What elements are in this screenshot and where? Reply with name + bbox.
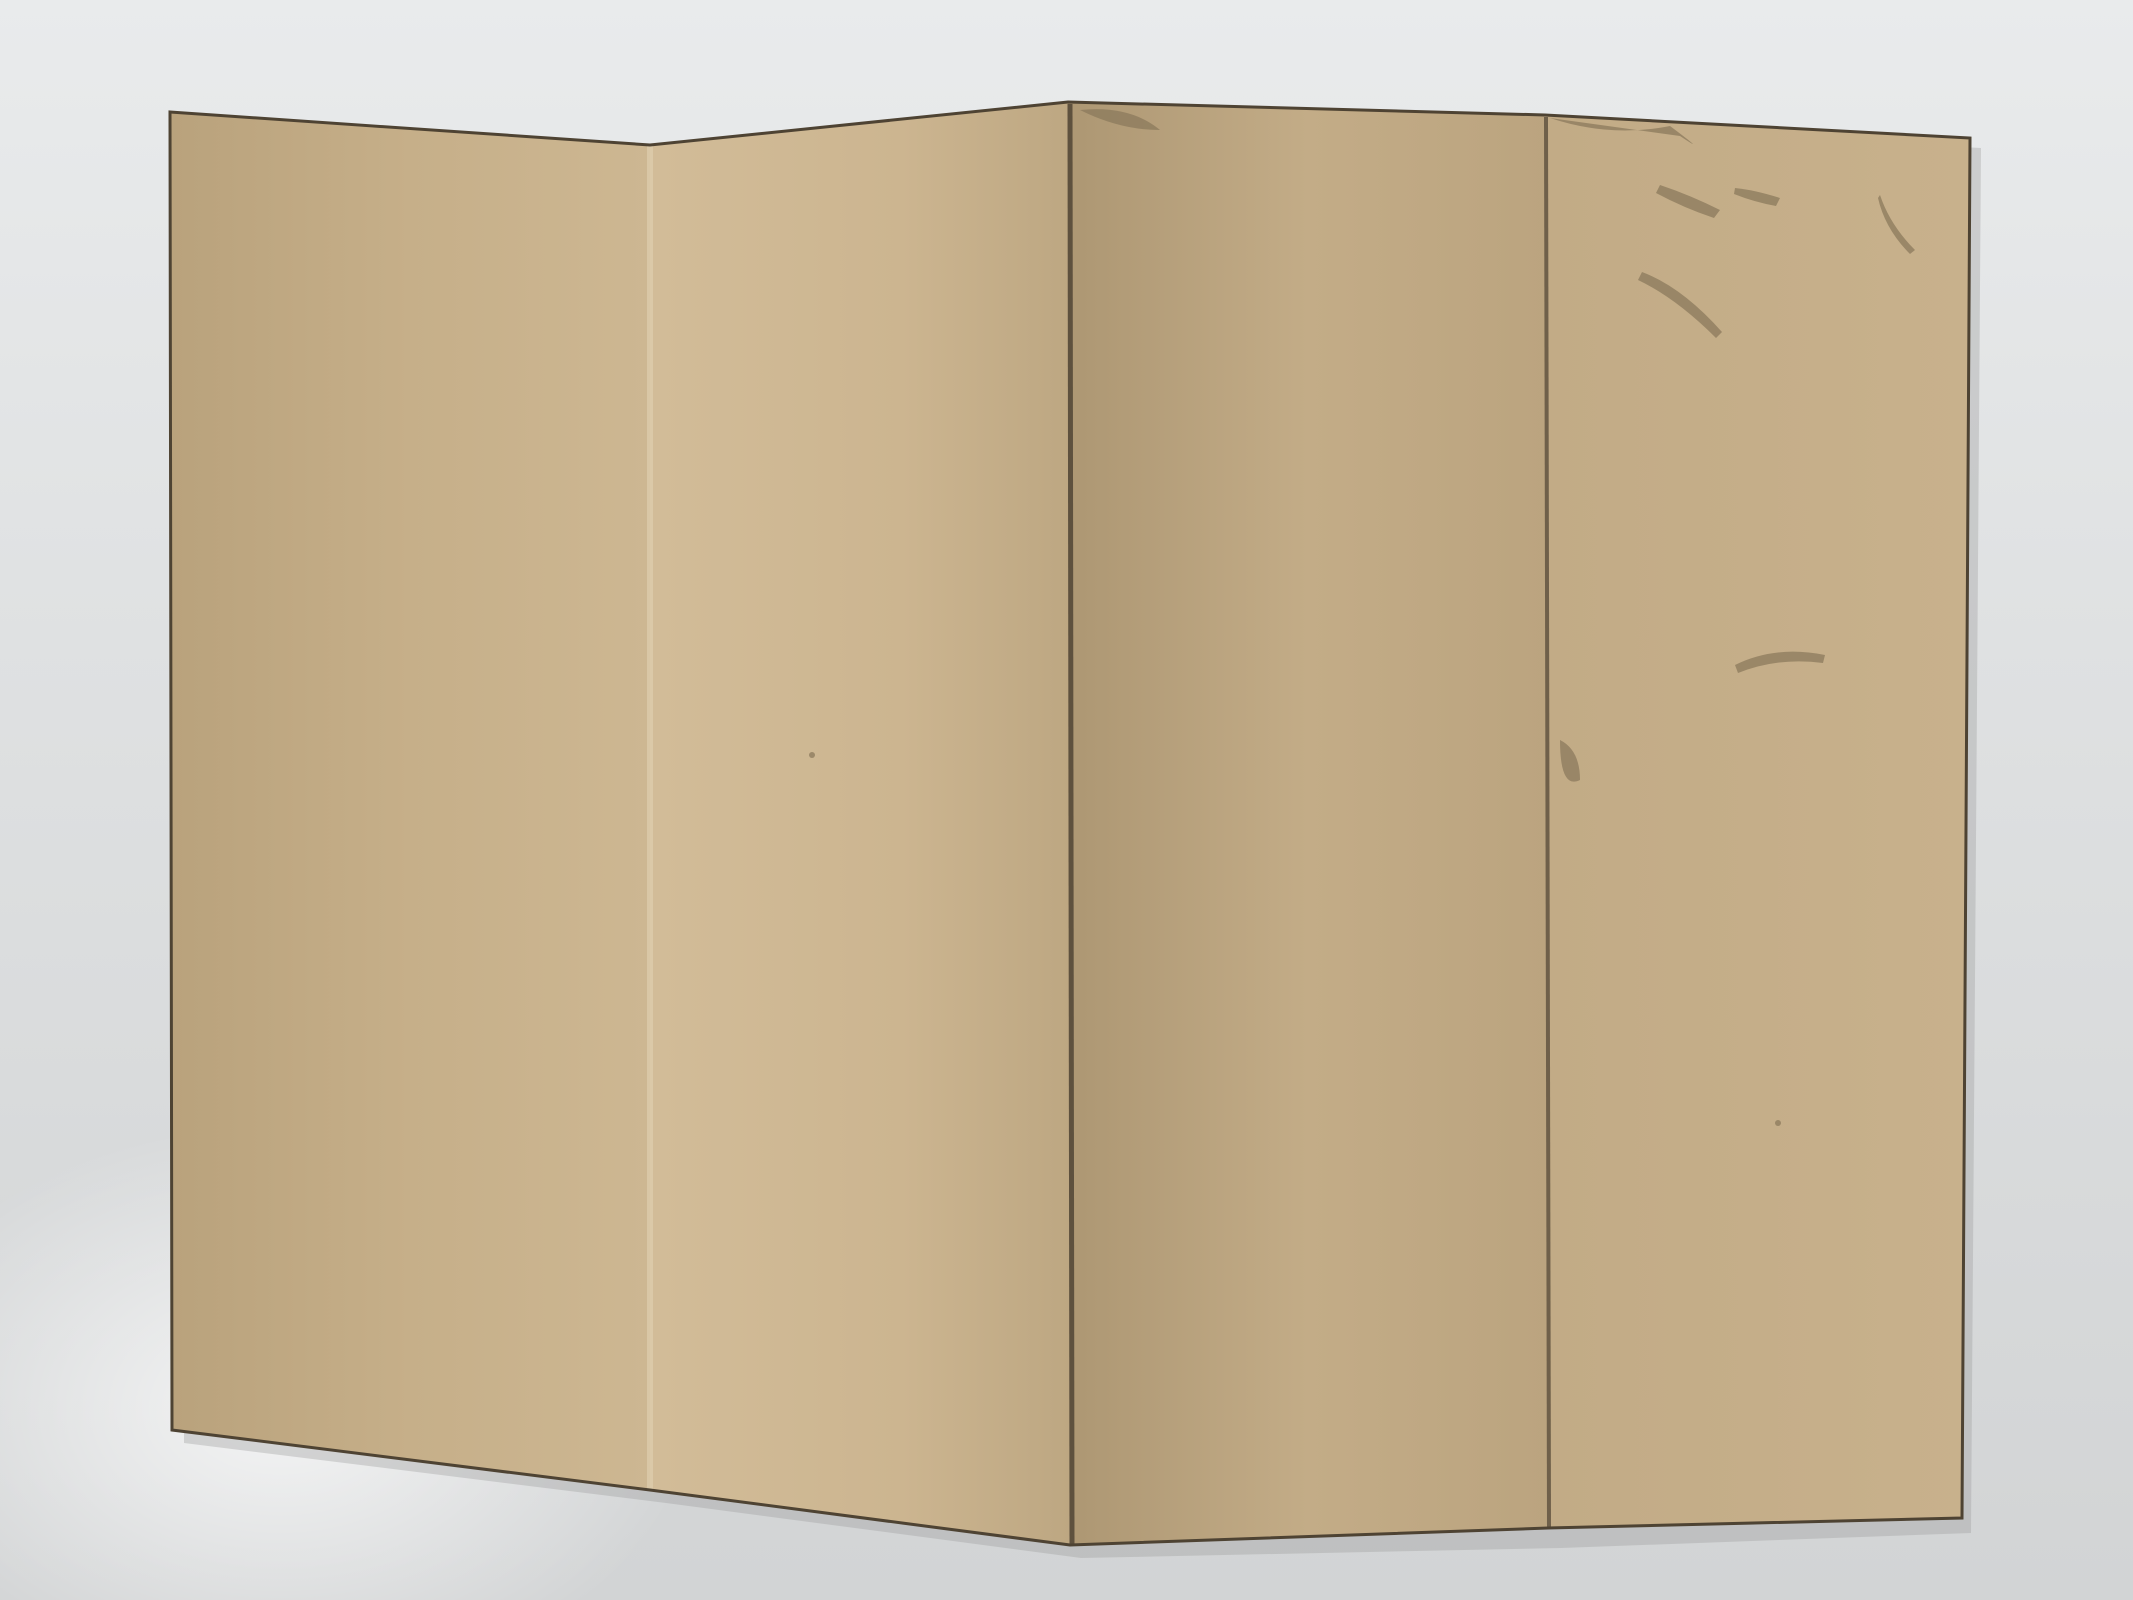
panel-3 bbox=[1068, 102, 1548, 1545]
folded-paper bbox=[0, 0, 2133, 1600]
panel-2 bbox=[650, 102, 1070, 1545]
panel-1 bbox=[170, 112, 650, 1490]
panel-4 bbox=[1545, 115, 1970, 1528]
